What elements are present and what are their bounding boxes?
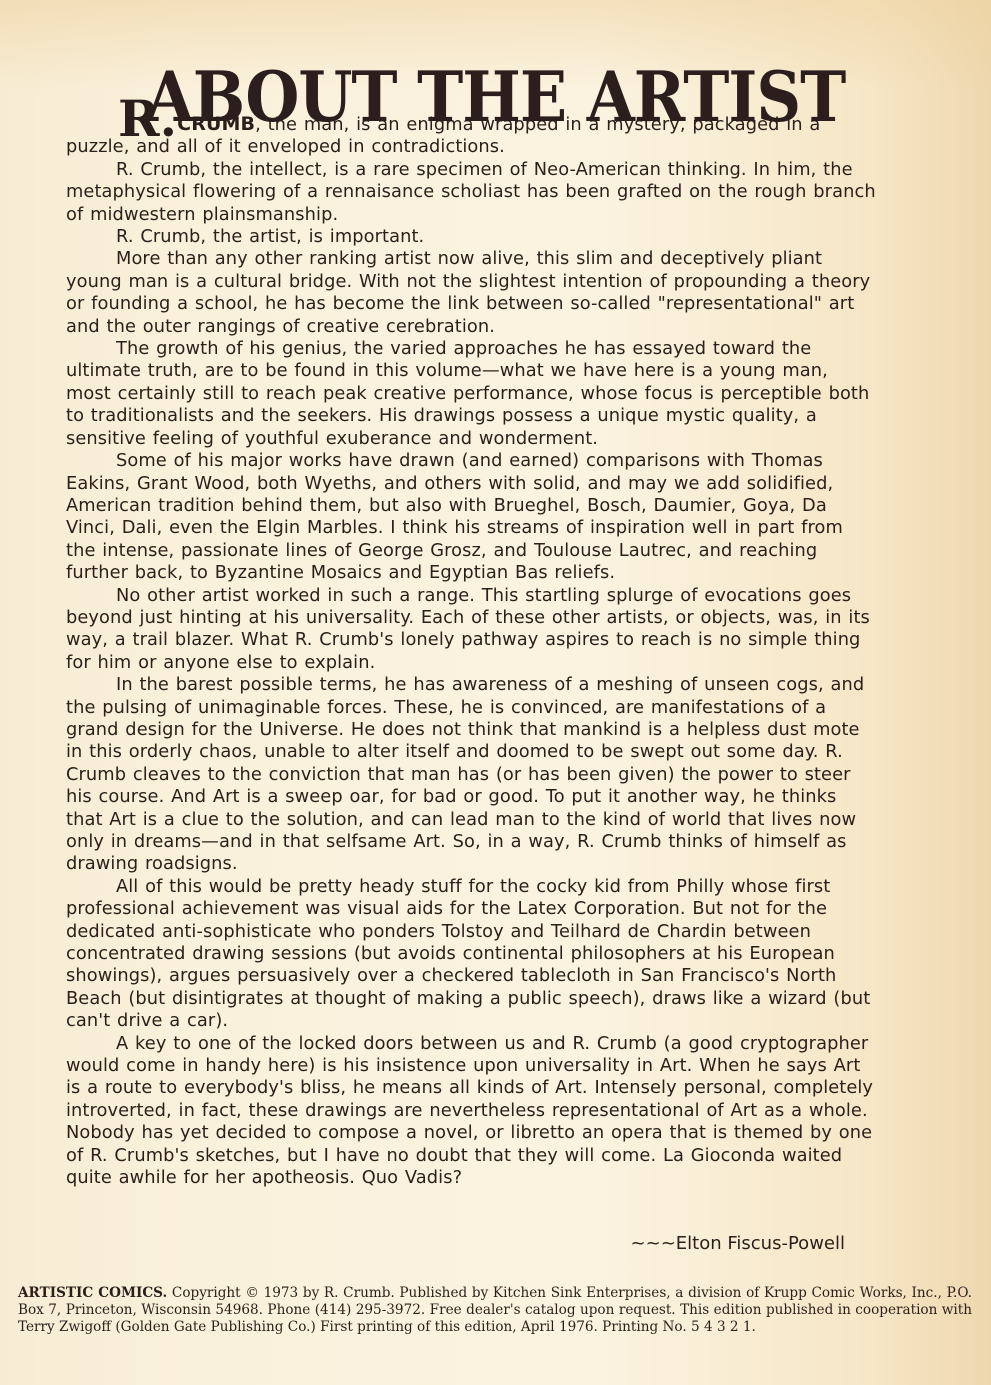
lead-name: CRUMB bbox=[177, 113, 255, 135]
article-body: R.CRUMB, the man, is an enigma wrapped i… bbox=[66, 104, 876, 1190]
paragraph-lead: R.CRUMB, the man, is an enigma wrapped i… bbox=[66, 104, 876, 159]
paragraph: The growth of his genius, the varied app… bbox=[66, 338, 876, 450]
author-signature: ~~~Elton Fiscus-Powell bbox=[631, 1233, 845, 1254]
paragraph: R. Crumb, the artist, is important. bbox=[66, 226, 876, 248]
paragraph: No other artist worked in such a range. … bbox=[66, 585, 876, 675]
paragraph: All of this would be pretty heady stuff … bbox=[66, 876, 876, 1033]
paragraph: R. Crumb, the intellect, is a rare speci… bbox=[66, 159, 876, 226]
colophon-title: ARTISTIC COMICS. bbox=[18, 1285, 167, 1301]
paragraph: A key to one of the locked doors between… bbox=[66, 1033, 876, 1190]
colophon: ARTISTIC COMICS. Copyright © 1973 by R. … bbox=[18, 1285, 972, 1336]
paragraph: Some of his major works have drawn (and … bbox=[66, 450, 876, 584]
paragraph: More than any other ranking artist now a… bbox=[66, 248, 876, 338]
paragraph: In the barest possible terms, he has awa… bbox=[66, 674, 876, 876]
